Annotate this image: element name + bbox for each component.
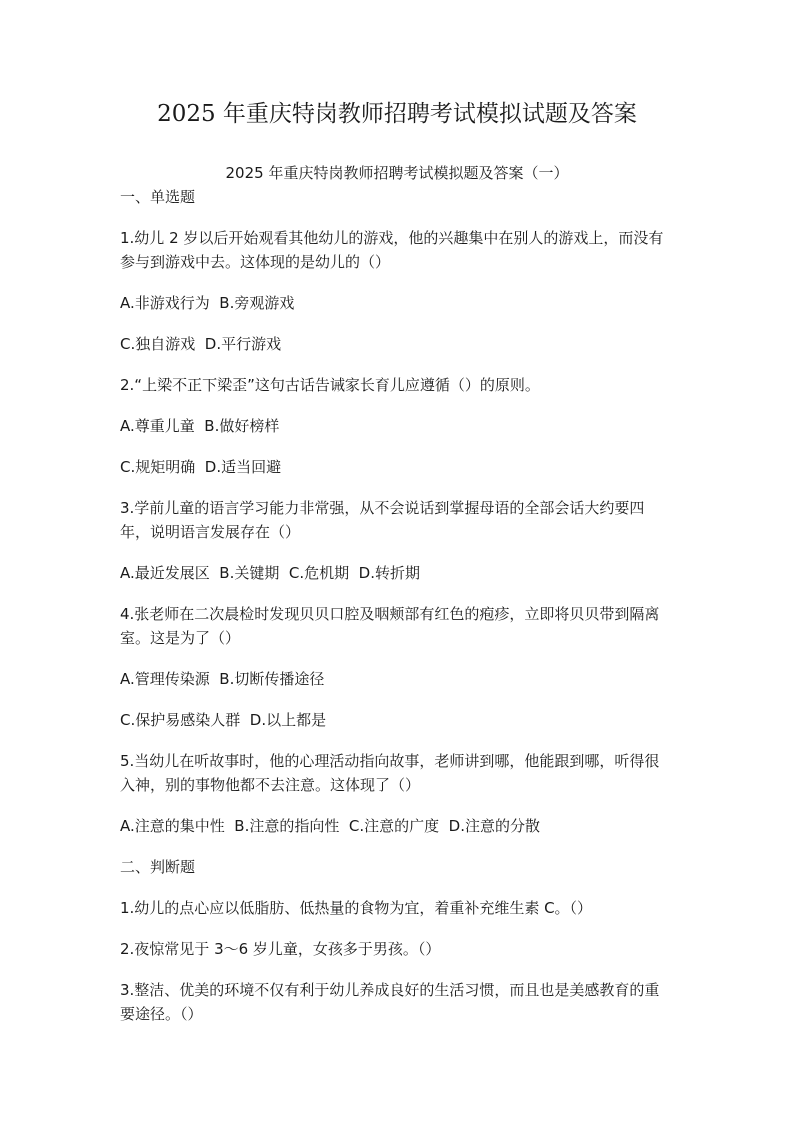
question-text: 3.整洁、优美的环境不仅有利于幼儿养成良好的生活习惯，而且也是美感教育的重要途径… (120, 978, 674, 1026)
section-heading-single-choice: 一、单选题 (120, 185, 674, 209)
option-line: C.独自游戏 D.平行游戏 (120, 332, 674, 356)
question-text: 1.幼儿 2 岁以后开始观看其他幼儿的游戏，他的兴趣集中在别人的游戏上，而没有参… (120, 226, 674, 274)
question-text: 2.夜惊常见于 3～6 岁儿童，女孩多于男孩。（） (120, 937, 674, 961)
option-line: C.保护易感染人群 D.以上都是 (120, 708, 674, 732)
section-heading-true-false: 二、判断题 (120, 855, 674, 879)
option-line: C.规矩明确 D.适当回避 (120, 455, 674, 479)
question-text: 5.当幼儿在听故事时，他的心理活动指向故事，老师讲到哪，他能跟到哪，听得很入神，… (120, 749, 674, 797)
question-text: 4.张老师在二次晨检时发现贝贝口腔及咽颊部有红色的疱疹，立即将贝贝带到隔离室。这… (120, 602, 674, 650)
question-text: 3.学前儿童的语言学习能力非常强，从不会说话到掌握母语的全部会话大约要四年，说明… (120, 496, 674, 544)
question-text: 2.“上梁不正下梁歪”这句古话告诫家长育儿应遵循（）的原则。 (120, 373, 674, 397)
document-title: 2025 年重庆特岗教师招聘考试模拟试题及答案 (120, 99, 674, 129)
option-line: A.注意的集中性 B.注意的指向性 C.注意的广度 D.注意的分散 (120, 814, 674, 838)
question-text: 1.幼儿的点心应以低脂肪、低热量的食物为宜，着重补充维生素 C。（） (120, 896, 674, 920)
option-line: A.尊重儿童 B.做好榜样 (120, 414, 674, 438)
option-line: A.管理传染源 B.切断传播途径 (120, 667, 674, 691)
document-page: 2025 年重庆特岗教师招聘考试模拟试题及答案 2025 年重庆特岗教师招聘考试… (0, 0, 794, 1123)
option-line: A.非游戏行为 B.旁观游戏 (120, 291, 674, 315)
document-subtitle: 2025 年重庆特岗教师招聘考试模拟题及答案（一） (120, 161, 674, 185)
option-line: A.最近发展区 B.关键期 C.危机期 D.转折期 (120, 561, 674, 585)
